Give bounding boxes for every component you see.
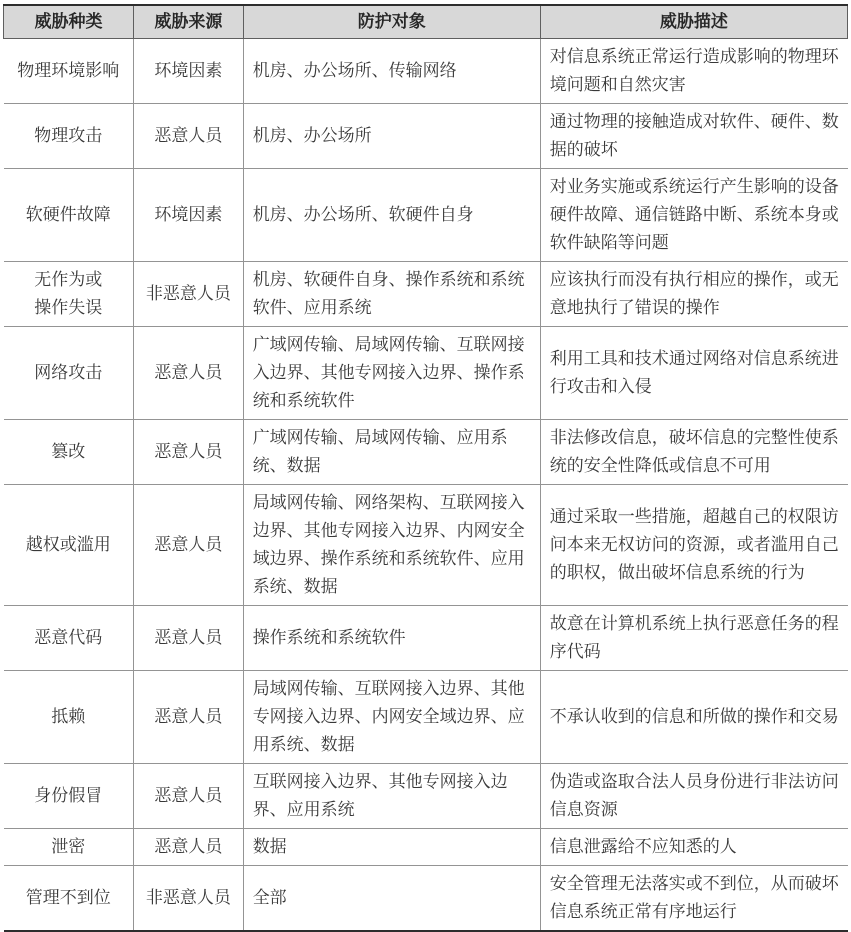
header-threat-desc: 威胁描述 bbox=[540, 5, 847, 39]
cell-protect-target: 机房、软硬件自身、操作系统和系统软件、应用系统 bbox=[243, 262, 540, 327]
cell-threat-desc: 伪造或盗取合法人员身份进行非法访问信息资源 bbox=[540, 764, 847, 829]
cell-protect-target: 局域网传输、互联网接入边界、其他专网接入边界、内网安全域边界、应用系统、数据 bbox=[243, 671, 540, 764]
cell-threat-desc: 通过物理的接触造成对软件、硬件、数据的破坏 bbox=[540, 104, 847, 169]
cell-protect-target: 机房、办公场所、传输网络 bbox=[243, 39, 540, 104]
threat-table: 威胁种类 威胁来源 防护对象 威胁描述 物理环境影响 环境因素 机房、办公场所、… bbox=[3, 4, 848, 932]
cell-protect-target: 广域网传输、局域网传输、应用系统、数据 bbox=[243, 420, 540, 485]
cell-threat-source: 环境因素 bbox=[133, 169, 243, 262]
document-page: 威胁种类 威胁来源 防护对象 威胁描述 物理环境影响 环境因素 机房、办公场所、… bbox=[0, 0, 851, 932]
cell-threat-type: 无作为或 操作失误 bbox=[4, 262, 134, 327]
cell-threat-type: 身份假冒 bbox=[4, 764, 134, 829]
table-row: 越权或滥用 恶意人员 局域网传输、网络架构、互联网接入边界、其他专网接入边界、内… bbox=[4, 485, 848, 606]
table-row: 软硬件故障 环境因素 机房、办公场所、软硬件自身 对业务实施或系统运行产生影响的… bbox=[4, 169, 848, 262]
table-body: 物理环境影响 环境因素 机房、办公场所、传输网络 对信息系统正常运行造成影响的物… bbox=[4, 39, 848, 932]
cell-threat-desc: 通过采取一些措施，超越自己的权限访问本来无权访问的资源，或者滥用自己的职权，做出… bbox=[540, 485, 847, 606]
table-row: 篡改 恶意人员 广域网传输、局域网传输、应用系统、数据 非法修改信息，破坏信息的… bbox=[4, 420, 848, 485]
cell-protect-target: 操作系统和系统软件 bbox=[243, 606, 540, 671]
cell-threat-desc: 不承认收到的信息和所做的操作和交易 bbox=[540, 671, 847, 764]
cell-threat-type: 泄密 bbox=[4, 829, 134, 866]
table-row: 抵赖 恶意人员 局域网传输、互联网接入边界、其他专网接入边界、内网安全域边界、应… bbox=[4, 671, 848, 764]
table-header: 威胁种类 威胁来源 防护对象 威胁描述 bbox=[4, 5, 848, 39]
cell-threat-type: 抵赖 bbox=[4, 671, 134, 764]
cell-threat-source: 恶意人员 bbox=[133, 104, 243, 169]
cell-threat-source: 恶意人员 bbox=[133, 485, 243, 606]
cell-protect-target: 机房、办公场所、软硬件自身 bbox=[243, 169, 540, 262]
cell-protect-target: 数据 bbox=[243, 829, 540, 866]
cell-threat-type: 管理不到位 bbox=[4, 866, 134, 932]
table-row: 泄密 恶意人员 数据 信息泄露给不应知悉的人 bbox=[4, 829, 848, 866]
cell-threat-desc: 故意在计算机系统上执行恶意任务的程序代码 bbox=[540, 606, 847, 671]
cell-threat-desc: 对业务实施或系统运行产生影响的设备硬件故障、通信链路中断、系统本身或软件缺陷等问… bbox=[540, 169, 847, 262]
cell-threat-type: 软硬件故障 bbox=[4, 169, 134, 262]
cell-threat-type: 物理攻击 bbox=[4, 104, 134, 169]
cell-threat-source: 恶意人员 bbox=[133, 829, 243, 866]
table-row: 物理攻击 恶意人员 机房、办公场所 通过物理的接触造成对软件、硬件、数据的破坏 bbox=[4, 104, 848, 169]
cell-threat-source: 恶意人员 bbox=[133, 327, 243, 420]
table-row: 网络攻击 恶意人员 广域网传输、局域网传输、互联网接入边界、其他专网接入边界、操… bbox=[4, 327, 848, 420]
table-row: 身份假冒 恶意人员 互联网接入边界、其他专网接入边界、应用系统 伪造或盗取合法人… bbox=[4, 764, 848, 829]
header-threat-source: 威胁来源 bbox=[133, 5, 243, 39]
table-row: 物理环境影响 环境因素 机房、办公场所、传输网络 对信息系统正常运行造成影响的物… bbox=[4, 39, 848, 104]
cell-threat-desc: 利用工具和技术通过网络对信息系统进行攻击和入侵 bbox=[540, 327, 847, 420]
cell-protect-target: 局域网传输、网络架构、互联网接入边界、其他专网接入边界、内网安全域边界、操作系统… bbox=[243, 485, 540, 606]
cell-protect-target: 全部 bbox=[243, 866, 540, 932]
cell-threat-desc: 非法修改信息，破坏信息的完整性使系统的安全性降低或信息不可用 bbox=[540, 420, 847, 485]
cell-protect-target: 互联网接入边界、其他专网接入边界、应用系统 bbox=[243, 764, 540, 829]
cell-threat-source: 环境因素 bbox=[133, 39, 243, 104]
cell-threat-type: 越权或滥用 bbox=[4, 485, 134, 606]
cell-protect-target: 广域网传输、局域网传输、互联网接入边界、其他专网接入边界、操作系统和系统软件 bbox=[243, 327, 540, 420]
cell-threat-source: 恶意人员 bbox=[133, 606, 243, 671]
cell-protect-target: 机房、办公场所 bbox=[243, 104, 540, 169]
cell-threat-desc: 信息泄露给不应知悉的人 bbox=[540, 829, 847, 866]
table-row: 管理不到位 非恶意人员 全部 安全管理无法落实或不到位，从而破坏信息系统正常有序… bbox=[4, 866, 848, 932]
table-row: 恶意代码 恶意人员 操作系统和系统软件 故意在计算机系统上执行恶意任务的程序代码 bbox=[4, 606, 848, 671]
cell-threat-type: 物理环境影响 bbox=[4, 39, 134, 104]
header-threat-type: 威胁种类 bbox=[4, 5, 134, 39]
header-protect-target: 防护对象 bbox=[243, 5, 540, 39]
header-row: 威胁种类 威胁来源 防护对象 威胁描述 bbox=[4, 5, 848, 39]
cell-threat-source: 恶意人员 bbox=[133, 764, 243, 829]
cell-threat-type: 网络攻击 bbox=[4, 327, 134, 420]
cell-threat-desc: 应该执行而没有执行相应的操作，或无意地执行了错误的操作 bbox=[540, 262, 847, 327]
cell-threat-source: 非恶意人员 bbox=[133, 262, 243, 327]
table-row: 无作为或 操作失误 非恶意人员 机房、软硬件自身、操作系统和系统软件、应用系统 … bbox=[4, 262, 848, 327]
cell-threat-type: 恶意代码 bbox=[4, 606, 134, 671]
cell-threat-source: 非恶意人员 bbox=[133, 866, 243, 932]
cell-threat-source: 恶意人员 bbox=[133, 671, 243, 764]
cell-threat-desc: 对信息系统正常运行造成影响的物理环境问题和自然灾害 bbox=[540, 39, 847, 104]
cell-threat-source: 恶意人员 bbox=[133, 420, 243, 485]
cell-threat-desc: 安全管理无法落实或不到位，从而破坏信息系统正常有序地运行 bbox=[540, 866, 847, 932]
cell-threat-type: 篡改 bbox=[4, 420, 134, 485]
